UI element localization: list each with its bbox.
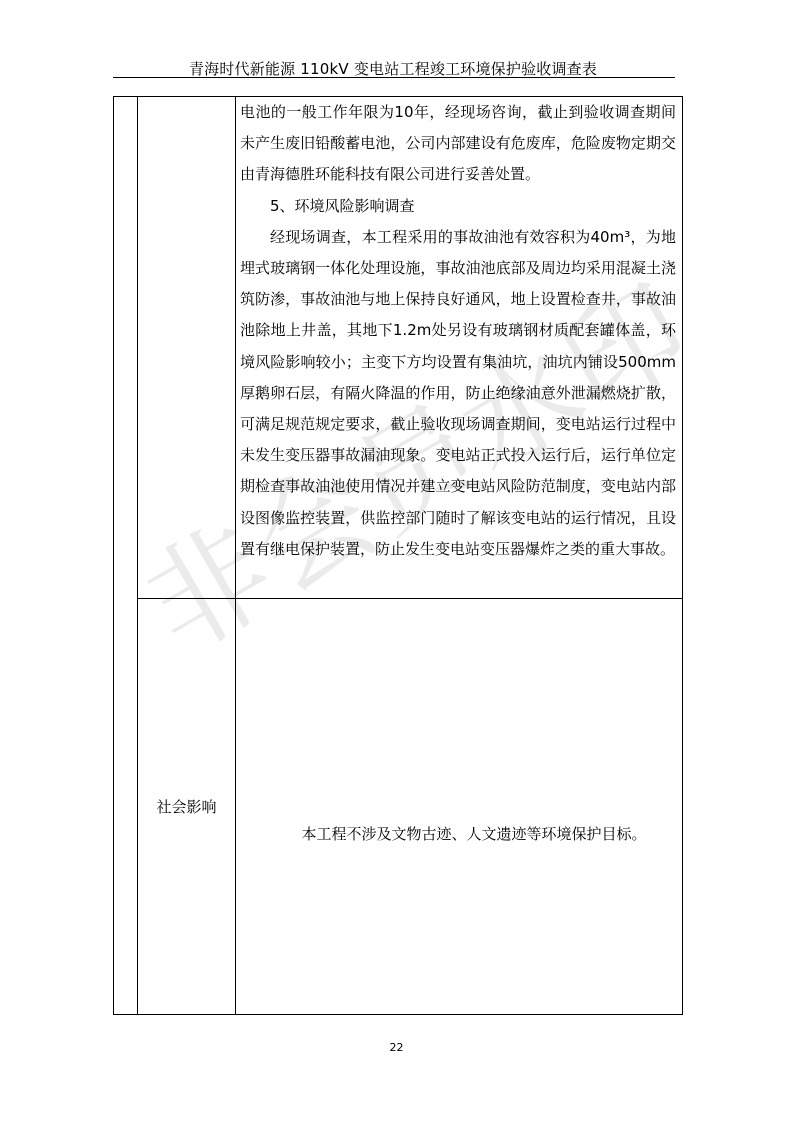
section-heading-risk: 5、环境风险影响调查	[240, 191, 676, 222]
social-impact-cell: 本工程不涉及文物古迹、人文遗迹等环境保护目标。	[236, 599, 683, 1015]
table-cell-content: 电池的一般工作年限为10年，经现场咨询，截止到验收调查期间未产生废旧铅酸蓄电池，…	[236, 97, 683, 599]
header-rule	[113, 77, 675, 78]
survey-table: 电池的一般工作年限为10年，经现场咨询，截止到验收调查期间未产生废旧铅酸蓄电池，…	[113, 96, 683, 1015]
table-cell-subcategory	[138, 97, 236, 599]
social-impact-label: 社会影响	[138, 599, 236, 1015]
document-header-title: 青海时代新能源 110kV 变电站工程竣工环境保护验收调查表	[113, 58, 673, 79]
page-number: 22	[0, 1041, 793, 1054]
table-row-social-impact: 社会影响 本工程不涉及文物古迹、人文遗迹等环境保护目标。	[114, 599, 683, 1015]
table-row-environmental-risk: 电池的一般工作年限为10年，经现场咨询，截止到验收调查期间未产生废旧铅酸蓄电池，…	[114, 97, 683, 599]
table-cell-category	[114, 97, 138, 1015]
paragraph-battery-disposal: 电池的一般工作年限为10年，经现场咨询，截止到验收调查期间未产生废旧铅酸蓄电池，…	[240, 97, 676, 191]
paragraph-risk-survey: 经现场调查，本工程采用的事故油池有效容积为40m³，为地埋式玻璃钢一体化处理设施…	[240, 222, 676, 565]
risk-content: 电池的一般工作年限为10年，经现场咨询，截止到验收调查期间未产生废旧铅酸蓄电池，…	[236, 97, 682, 565]
social-impact-content: 本工程不涉及文物古迹、人文遗迹等环境保护目标。	[236, 599, 682, 844]
